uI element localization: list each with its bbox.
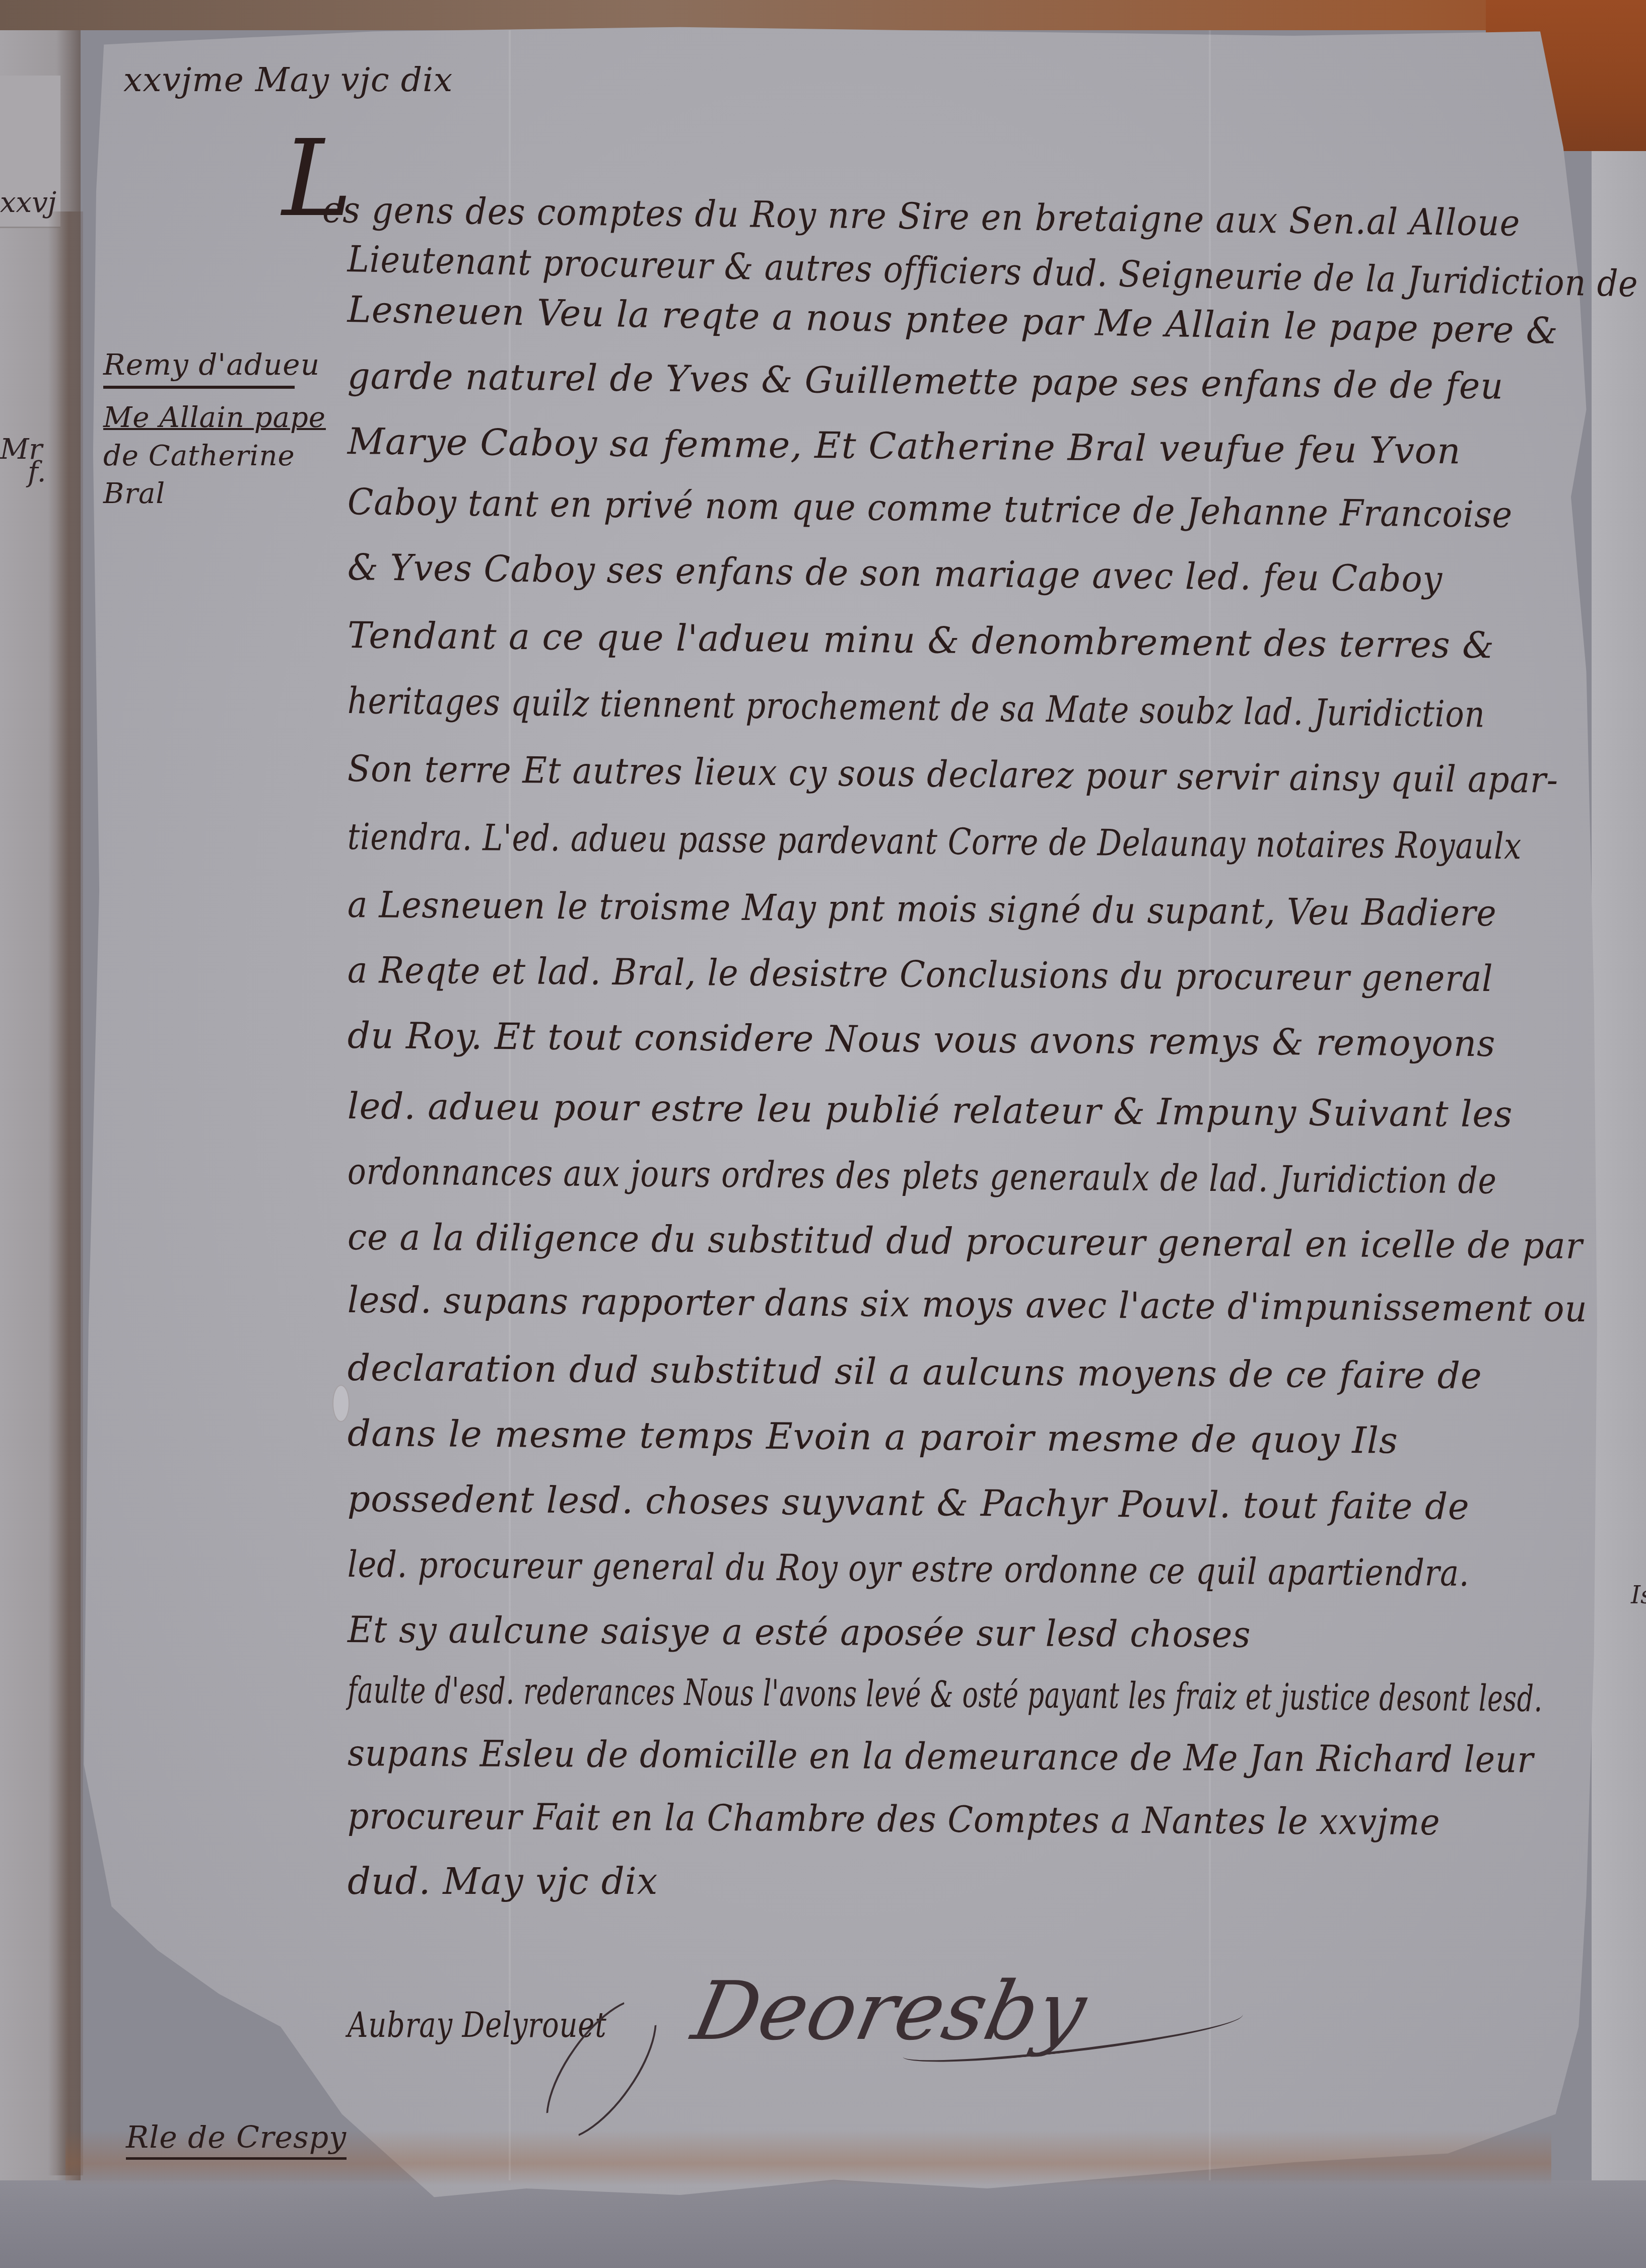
- table-surface-top: [0, 0, 1646, 30]
- body-line: ce a la diligence du substitud dud procu…: [348, 1219, 1583, 1264]
- date-header: xxvjme May vjc dix: [123, 60, 453, 99]
- body-line: led. procureur general du Roy oyr estre …: [348, 1546, 1470, 1591]
- body-line: dans le mesme temps Evoin a paroir mesme…: [348, 1415, 1398, 1459]
- margin-note-line: Bral: [103, 475, 290, 513]
- margin-note-title: Remy d'adueu: [103, 347, 295, 389]
- margin-note: Remy d'adueu Me Allain pape de Catherine…: [103, 347, 290, 513]
- body-line: ordonnances aux jours ordres des plets g…: [348, 1153, 1497, 1199]
- body-line: dud. May vjc dix: [348, 1863, 658, 1899]
- edge-shadow: [48, 211, 83, 2175]
- body-line: led. adueu pour estre leu publié relateu…: [348, 1088, 1513, 1132]
- body-line: Et sy aulcune saisye a esté aposée sur l…: [348, 1611, 1251, 1653]
- body-line: tiendra. L'ed. adueu passe pardevant Cor…: [348, 818, 1522, 864]
- body-line: procureur Fait en la Chambre des Comptes…: [348, 1798, 1441, 1840]
- body-line: declaration dud substitud sil a aulcuns …: [348, 1350, 1482, 1394]
- body-line: du Roy. Et tout considere Nous vous avon…: [348, 1017, 1496, 1061]
- manuscript-photo: xxvj Mr f. Is xxvjme May vjc dix Remy d'…: [0, 0, 1646, 2268]
- margin-note-line: Me Allain pape: [103, 399, 290, 437]
- body-line: Son terre Et autres lieux cy sous declar…: [348, 750, 1558, 798]
- paper-hole: [332, 1385, 350, 1422]
- signature-aubray: Aubray Delyrouet: [348, 2004, 607, 2045]
- underlying-sheet-bottom: [0, 2180, 1646, 2268]
- body-line: garde naturel de Yves & Guillemette pape…: [348, 358, 1504, 404]
- margin-note-line: de Catherine: [103, 437, 290, 475]
- body-line: supans Esleu de domicille en la demeuran…: [348, 1735, 1534, 1778]
- underlying-text: Is: [1631, 1581, 1646, 1609]
- body-line: possedent lesd. choses suyvant & Pachyr …: [348, 1480, 1470, 1525]
- body-line: Tendant a ce que l'adueu minu & denombre…: [348, 617, 1495, 663]
- body-line: Marye Caboy sa femme, Et Catherine Bral …: [348, 423, 1461, 469]
- body-line: a Lesneuen le troisme May pnt mois signé…: [348, 886, 1497, 931]
- bottom-note: Rle de Crespy: [126, 2120, 347, 2160]
- body-line: faulte d'esd. rederances Nous l'avons le…: [348, 1672, 1543, 1717]
- underlying-text: f.: [28, 456, 46, 488]
- underlying-sheet-right: [1592, 141, 1646, 2268]
- body-line: a Reqte et lad. Bral, le desistre Conclu…: [348, 952, 1493, 997]
- body-line: lesd. supans rapporter dans six moys ave…: [348, 1282, 1588, 1327]
- body-line: & Yves Caboy ses enfans de son mariage a…: [348, 549, 1443, 597]
